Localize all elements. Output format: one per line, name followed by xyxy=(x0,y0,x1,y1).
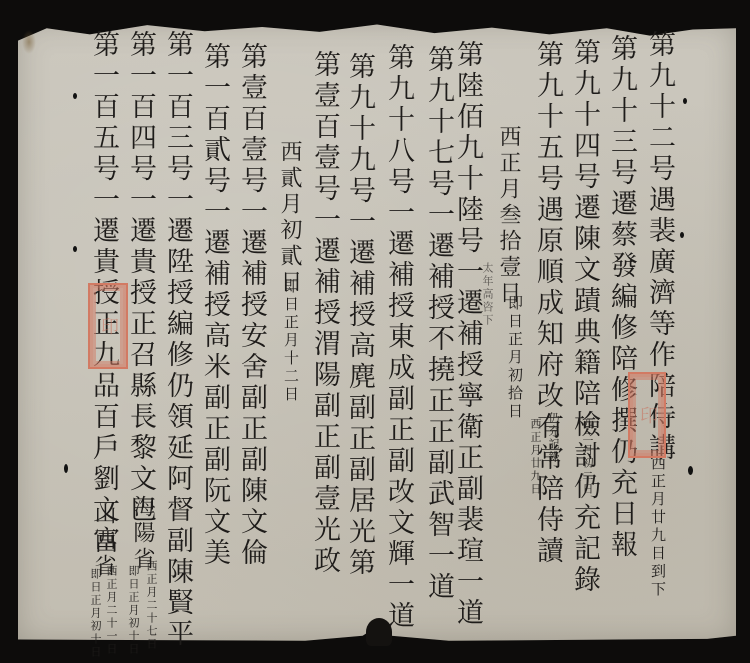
column-date-header-1: 西正月叁拾壹日 xyxy=(497,125,519,307)
binding-hole xyxy=(680,232,684,238)
column-entry-98: 第九十八号一遷補授東成副正副改文輝一道 xyxy=(385,43,412,632)
binding-hole xyxy=(64,464,68,473)
column-province-son-tay-date-a: 西正月二十一日 xyxy=(106,565,117,656)
column-entry-103: 第一百三号一遷陞授編修仍領延阿督副陳賢平 xyxy=(164,30,191,650)
column-entry-93: 第九十三号遷蔡發編修陪修撰仍充日報 xyxy=(608,34,635,561)
column-entry-97: 第九十七号一遷補授不撓正正副武智一道 xyxy=(425,45,452,603)
column-entry-102: 第一百貳号一遷補授高米副正副阮文美 xyxy=(201,42,228,569)
paper-tear xyxy=(366,618,392,646)
column-entry-96-note: 太年高咨下 xyxy=(482,262,493,327)
column-province-son-tay-date-b: 即日正月初十日 xyxy=(90,568,101,659)
column-entry-99: 第九十九号一遷補授高麂副正副居光第 xyxy=(346,52,373,579)
binding-hole xyxy=(683,98,687,104)
column-entry-104: 第一百四号一遷貴授正召縣長黎文巴 xyxy=(127,30,154,526)
column-province-hai-duong-date-a: 西正月二十七日 xyxy=(146,560,157,651)
column-entry-100: 第壹百壹号一遷補授渭陽副正副壹光政 xyxy=(311,50,338,577)
red-seal-left: 印 xyxy=(88,283,128,369)
column-entry-101: 第壹百壹号一遷補授安舍副正副陳文倫 xyxy=(238,42,265,569)
column-date-header-1-lunar: 即日正月初拾日 xyxy=(507,295,522,421)
column-entry-95-note: 仍充記錄 xyxy=(548,412,559,464)
binding-hole xyxy=(73,93,77,99)
column-province-hai-duong-date-b: 即日正月初十日 xyxy=(128,565,139,656)
binding-hole xyxy=(73,246,77,252)
column-entry-94-date: 西二月初二日 xyxy=(582,418,593,496)
column-entry-96: 第陸佰九十陸号一遷補授寧衛正副裴瑄一道 xyxy=(454,40,481,629)
column-entry-94: 第九十四号遷陳文蹟典籍陪檢討仍充記錄 xyxy=(571,38,598,596)
red-seal-right: 印 xyxy=(628,372,666,458)
column-date-header-2: 西貳月初貳日 xyxy=(278,140,300,296)
column-date-header-2-lunar: 即日正月十二日 xyxy=(283,278,298,404)
column-entry-92-date: 西正月廿九日到下 xyxy=(650,455,665,599)
column-entry-95-date: 西正月廿九日 xyxy=(530,418,541,496)
paper-stain xyxy=(22,30,36,54)
binding-hole xyxy=(688,466,693,475)
